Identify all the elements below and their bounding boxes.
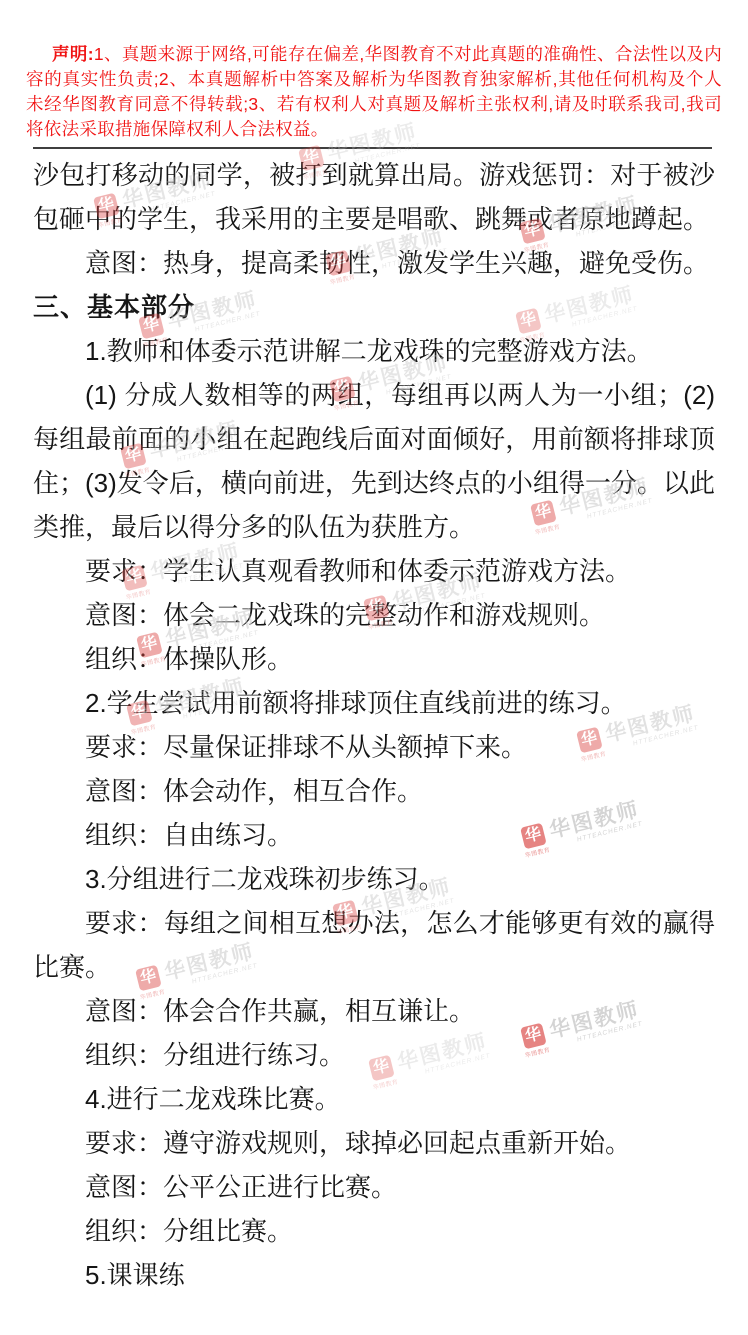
- paragraph: 要求：尽量保证排球不从头额掉下来。: [33, 725, 715, 769]
- paragraph: 4.进行二龙戏珠比赛。: [33, 1077, 715, 1121]
- document-page: 声明:1、真题来源于网络,可能存在偏差,华图教育不对此真题的准确性、合法性以及内…: [0, 0, 748, 1335]
- paragraph: 意图：热身，提高柔韧性，激发学生兴趣，避免受伤。: [33, 241, 715, 285]
- paragraph: 组织：分组进行练习。: [33, 1033, 715, 1077]
- section-heading: 三、基本部分: [33, 285, 715, 329]
- disclaimer-label: 声明:: [52, 44, 94, 64]
- paragraph: 要求：每组之间相互想办法，怎么才能够更有效的赢得比赛。: [33, 901, 715, 989]
- divider-line: [33, 147, 712, 149]
- paragraph: 要求：遵守游戏规则，球掉必回起点重新开始。: [33, 1121, 715, 1165]
- paragraph: 1.教师和体委示范讲解二龙戏珠的完整游戏方法。: [33, 329, 715, 373]
- disclaimer: 声明:1、真题来源于网络,可能存在偏差,华图教育不对此真题的准确性、合法性以及内…: [0, 0, 748, 142]
- paragraph: 意图：体会合作共赢，相互谦让。: [33, 989, 715, 1033]
- paragraph: 意图：体会二龙戏珠的完整动作和游戏规则。: [33, 593, 715, 637]
- paragraph: 沙包打移动的同学，被打到就算出局。游戏惩罚：对于被沙包砸中的学生，我采用的主要是…: [33, 153, 715, 241]
- paragraph: 要求：学生认真观看教师和体委示范游戏方法。: [33, 549, 715, 593]
- paragraph: 意图：体会动作，相互合作。: [33, 769, 715, 813]
- paragraph: 2.学生尝试用前额将排球顶住直线前进的练习。: [33, 681, 715, 725]
- paragraph: 组织：自由练习。: [33, 813, 715, 857]
- paragraph: 意图：公平公正进行比赛。: [33, 1165, 715, 1209]
- paragraph: 组织：分组比赛。: [33, 1209, 715, 1253]
- paragraph: (1) 分成人数相等的两组，每组再以两人为一小组；(2) 每组最前面的小组在起跑…: [33, 373, 715, 549]
- paragraph: 5.课课练: [33, 1253, 715, 1297]
- paragraph: 组织：体操队形。: [33, 637, 715, 681]
- disclaimer-text: 1、真题来源于网络,可能存在偏差,华图教育不对此真题的准确性、合法性以及内容的真…: [26, 44, 722, 139]
- paragraph: 3.分组进行二龙戏珠初步练习。: [33, 857, 715, 901]
- document-body: 沙包打移动的同学，被打到就算出局。游戏惩罚：对于被沙包砸中的学生，我采用的主要是…: [33, 153, 715, 1297]
